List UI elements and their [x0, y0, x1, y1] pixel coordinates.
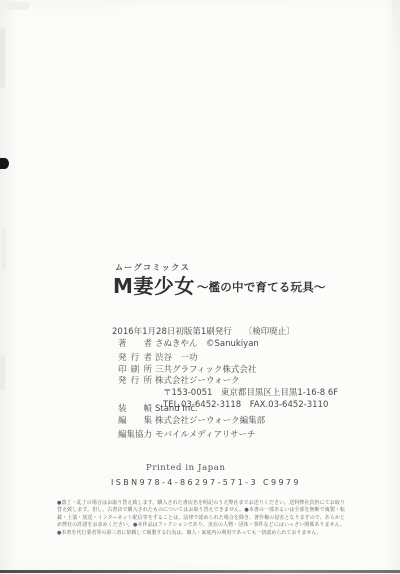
publisher-name: 株式会社ジーウォーク: [155, 377, 338, 386]
publisher-address: 〒153-0051 東京都目黒区上目黒1-16-8 6F: [163, 389, 338, 398]
credit-label: 編集: [118, 417, 152, 426]
credit-row-editing-support: 編集協力 モバイルメディアリサーチ: [118, 431, 256, 440]
credit-label: 著者: [118, 340, 152, 349]
printed-in-japan: Printed in Japan: [146, 463, 226, 473]
scan-streak: [0, 355, 5, 390]
edition-note: 〔検印廃止〕: [244, 325, 295, 337]
credit-row-author: 著者 さぬきやん ©Sanukiyan: [118, 340, 259, 349]
series-label: ムーグコミックス: [115, 262, 190, 273]
scan-ink-blob: [0, 158, 9, 169]
credit-row-printer: 印刷所 三共グラフィック株式会社: [118, 366, 256, 375]
colophon-page: ムーグコミックス M妻少女 ～檻の中で育てる玩具～ 2016年1月28日初版第1…: [0, 0, 400, 574]
credit-value: 渋谷 一功: [155, 354, 198, 363]
edition-date: 2016年1月28日初版第1刷発行: [112, 325, 232, 337]
credit-value: 株式会社ジーウォーク編集部: [155, 417, 265, 426]
title-main: M妻少女: [113, 276, 195, 296]
scan-smudge-top-left: [4, 2, 30, 10]
edition-line: 2016年1月28日初版第1刷発行 〔検印廃止〕: [112, 325, 295, 337]
credit-value: Stand Inc.: [155, 405, 198, 414]
credit-row-design: 装幀 Stand Inc.: [118, 405, 198, 414]
credit-label: 発行者: [118, 354, 152, 363]
credit-row-editing: 編集 株式会社ジーウォーク編集部: [118, 417, 265, 426]
scan-smudge-top-right: [392, 0, 400, 50]
book-title: M妻少女 ～檻の中で育てる玩具～: [113, 276, 326, 296]
credit-value: 三共グラフィック株式会社: [155, 366, 256, 375]
credit-label: 印刷所: [118, 366, 152, 375]
page-bottom-edge: [0, 570, 400, 573]
credit-value: モバイルメディアリサーチ: [155, 431, 256, 440]
isbn-number: ISBN978-4-86297-571-3 C9979: [111, 478, 301, 487]
scan-streak: [2, 230, 6, 270]
credit-label: 装幀: [118, 405, 152, 414]
credit-label: 編集協力: [118, 431, 152, 440]
legal-fine-print: ●落丁・乱丁の場合はお取り替え致します。購入された書店名を明記のうえ弊社までお送…: [57, 500, 345, 537]
scan-streak: [0, 28, 5, 88]
credit-value: さぬきやん ©Sanukiyan: [155, 340, 259, 349]
title-subtitle: ～檻の中で育てる玩具～: [197, 279, 326, 296]
credit-row-publisher-person: 発行者 渋谷 一功: [118, 354, 198, 363]
